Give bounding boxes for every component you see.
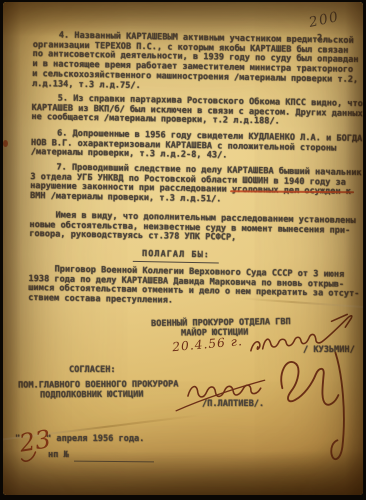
- approver-name-typed: /П.ЛАПТИЕВ/.: [202, 400, 264, 410]
- prosecutor-title-line2: МАЙОР ЮСТИЦИИ: [181, 329, 248, 340]
- agreement-label: СОГЛАСЕН:: [69, 366, 116, 376]
- prosecutor-name-typed: / КУЗЬМИН/: [303, 346, 355, 356]
- footer-date-line: " " апреля 1956 года.: [15, 435, 144, 445]
- signature-area: ВОЕННЫЙ ПРОКУРОР ОТДЕЛА ГВП МАЙОР ЮСТИЦИ…: [3, 2, 363, 495]
- case-number-label: нп №: [48, 451, 69, 461]
- document-photo: 2. 4. Названный КАРТАШЕВЫМ активным учас…: [0, 0, 366, 500]
- red-ink-mark: [3, 140, 8, 147]
- case-number-blank-line: [74, 461, 154, 463]
- approver-title-line2: ПОДПОЛКОВНИК ЮСТИЦИИ: [40, 391, 144, 401]
- document-page: 2. 4. Названный КАРТАШЕВЫМ активным учас…: [3, 2, 363, 495]
